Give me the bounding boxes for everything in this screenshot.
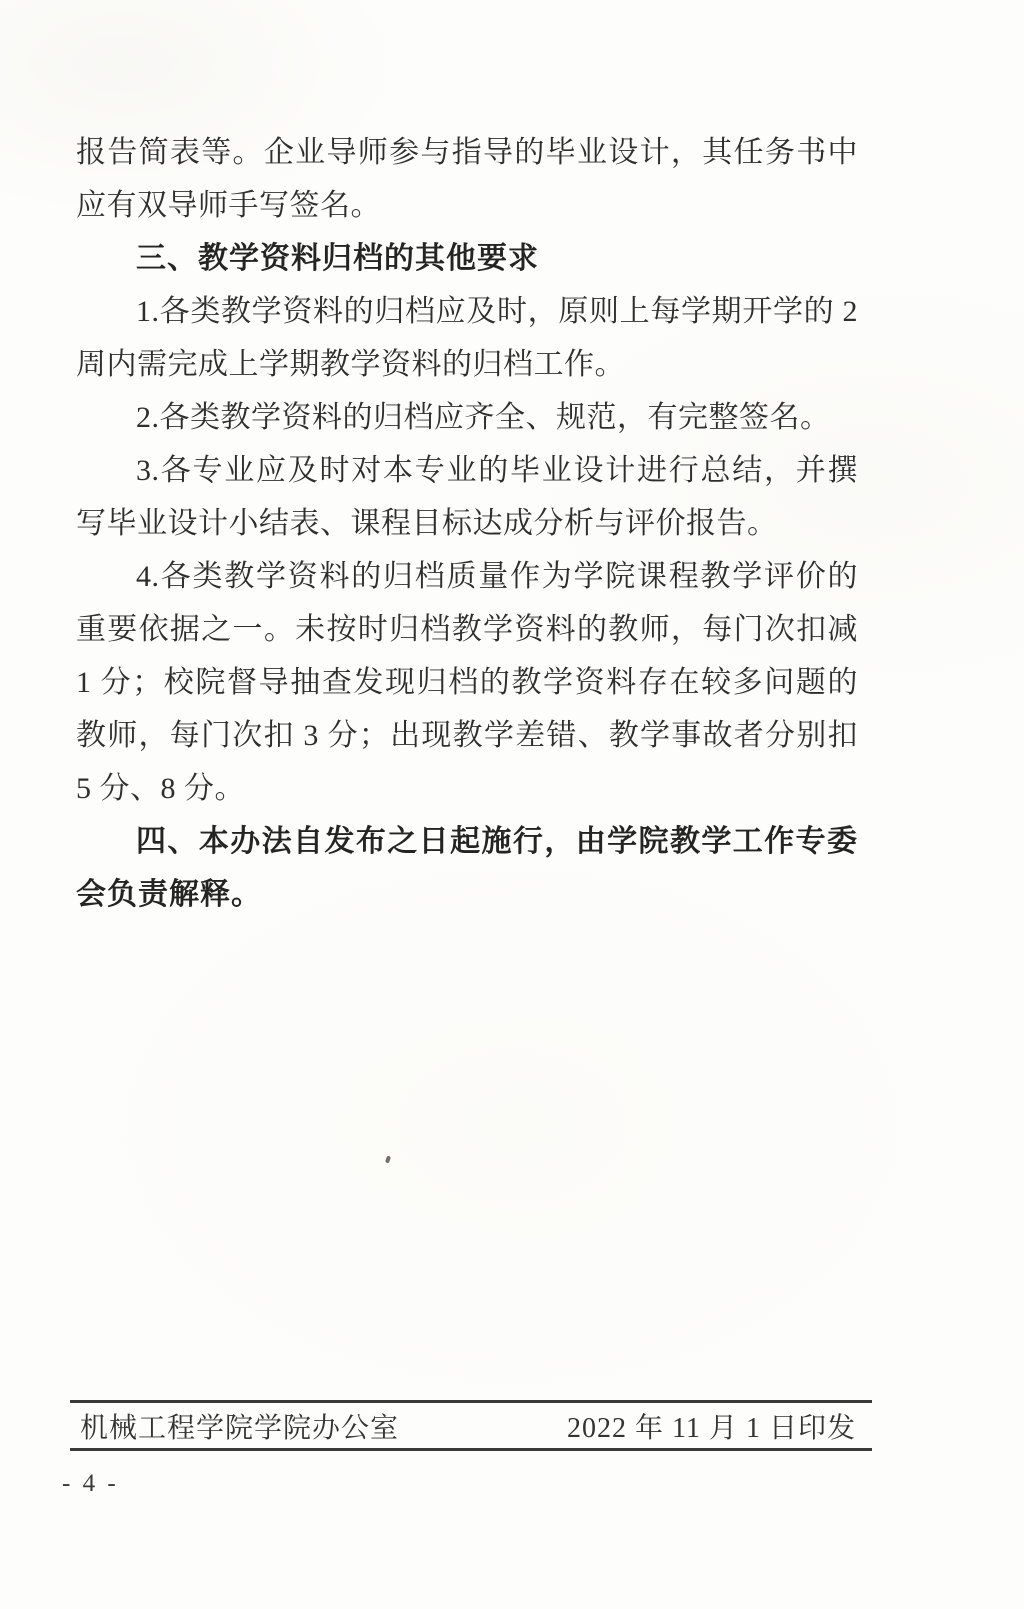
numbered-item-2: 2.各类教学资料的归档应齐全、规范，有完整签名。 xyxy=(76,391,858,444)
page-number: - 4 - xyxy=(62,1470,119,1498)
scanned-document-page: 报告简表等。企业导师参与指导的毕业设计，其任务书中应有双导师手写签名。 三、教学… xyxy=(0,0,1024,1609)
document-body: 报告简表等。企业导师参与指导的毕业设计，其任务书中应有双导师手写签名。 三、教学… xyxy=(76,126,858,921)
numbered-item-1: 1.各类教学资料的归档应及时，原则上每学期开学的 2 周内需完成上学期教学资料的… xyxy=(76,285,858,391)
section-heading-4: 四、本办法自发布之日起施行，由学院教学工作专委会负责解释。 xyxy=(76,815,858,921)
document-footer: 机械工程学院学院办公室 2022 年 11 月 1 日印发 xyxy=(70,1403,872,1448)
ink-speck xyxy=(385,1156,391,1164)
section-heading-3: 三、教学资料归档的其他要求 xyxy=(76,232,858,285)
paragraph-continuation: 报告简表等。企业导师参与指导的毕业设计，其任务书中应有双导师手写签名。 xyxy=(76,126,858,232)
numbered-item-3: 3.各专业应及时对本专业的毕业设计进行总结，并撰写毕业设计小结表、课程目标达成分… xyxy=(76,444,858,550)
footer-print-date: 2022 年 11 月 1 日印发 xyxy=(567,1406,856,1446)
numbered-item-4: 4.各类教学资料的归档质量作为学院课程教学评价的重要依据之一。未按时归档教学资料… xyxy=(76,550,858,815)
footer-issuing-office: 机械工程学院学院办公室 xyxy=(80,1406,399,1446)
footer-bottom-rule xyxy=(70,1448,872,1451)
